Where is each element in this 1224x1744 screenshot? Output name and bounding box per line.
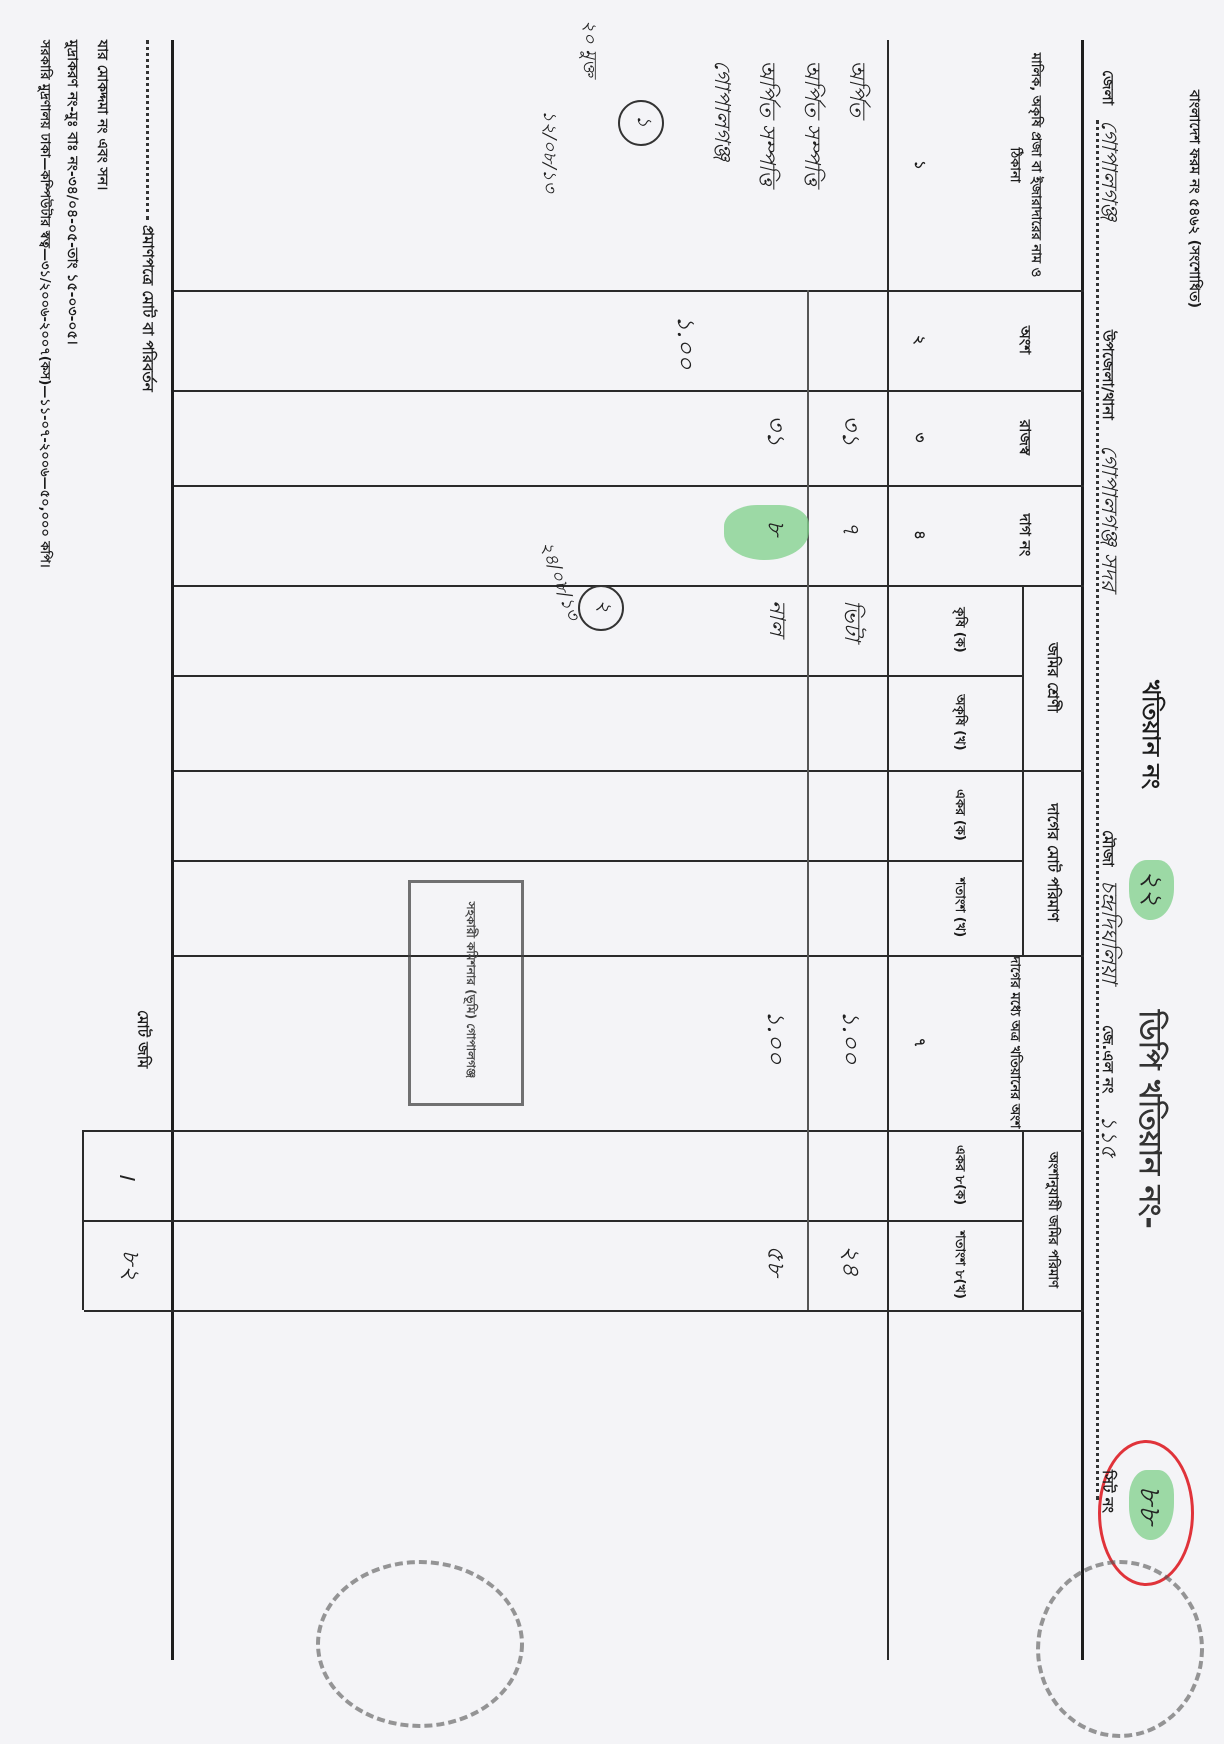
row2-area-decimal: ৫৮: [754, 1245, 794, 1276]
round-seal: [1036, 1560, 1204, 1738]
col-divider: [174, 290, 1084, 292]
col-sub-acre: একর (ক): [899, 770, 1019, 860]
dp-khatian-title: ডিপি খতিয়ান নং-: [1123, 1010, 1174, 1229]
total-box-bottom: [82, 1130, 84, 1310]
col-sub-decimal-8: শতাংশ ৮(খ): [899, 1220, 1019, 1310]
row1-revenue: ৩১: [829, 415, 869, 446]
owner-line-2: অর্পিত সম্পত্তি: [792, 60, 829, 186]
row1-class: ভিটা: [832, 600, 869, 641]
total-label: মোট জমি: [129, 1010, 154, 1068]
col-header-land-class: জমির শ্রেণী: [1024, 585, 1079, 770]
owner-line-1: অর্পিত: [837, 60, 874, 117]
footer-note-3: সরকারি মুদ্রণালয় ঢাকা—কম্পিউটার স্বত্ব—…: [33, 40, 54, 568]
col-divider: [84, 1220, 1024, 1222]
table-bottom-border: [171, 40, 174, 1660]
col-num-7: ৭: [904, 955, 934, 1130]
owner-line-3: অর্পিত সম্পত্তি: [747, 60, 784, 186]
mouza-label: মৌজা: [1094, 830, 1119, 866]
district-value: গোপালগঞ্জ: [1089, 120, 1126, 221]
row2-revenue: ৩১: [754, 415, 794, 446]
row1-area-decimal: ২৪: [829, 1245, 869, 1276]
col-header-revenue: রাজস্ব: [969, 390, 1079, 485]
col-header-land-amount: অংশানুযায়ী জমির পরিমাণ: [1024, 1130, 1079, 1310]
row-separator: [807, 290, 809, 1310]
row1-share-in-dag: ১.০০: [829, 1010, 869, 1064]
khatian-number: ২২: [1127, 870, 1174, 906]
col-divider: [174, 675, 1024, 677]
total-decimal: ৮২: [94, 1220, 164, 1310]
sheet-label: সিট নং: [1094, 1470, 1119, 1513]
col-divider: [174, 860, 1024, 862]
col-divider: [84, 1310, 1084, 1312]
footer-note-1: যার মোকদ্দমা নং এবং সন।: [90, 40, 114, 190]
upazila-label: উপজেলা/থানা: [1094, 330, 1119, 420]
share-value: ১.০০: [664, 315, 704, 369]
side-date: ১২/০৮/১৩: [533, 110, 564, 192]
footer-dotted-line: [146, 40, 149, 220]
row1-dag: ৭: [829, 520, 869, 536]
col-header-dag: দাগ নং: [969, 485, 1079, 585]
date-annotation: ২৪/০৮/১৩: [530, 537, 587, 625]
col-sub-acre-8: একর ৮(ক): [899, 1130, 1019, 1220]
row2-class: নাল: [757, 600, 794, 636]
jl-label: জে.এল নং: [1094, 1025, 1119, 1093]
col-num-1: ১: [904, 40, 934, 290]
col-header-owner: মালিক, অকৃষি প্রজা বা ইজারাদারের নাম ও ঠ…: [969, 40, 1079, 290]
table-top-border: [1081, 40, 1084, 1660]
owner-line-4: গোপালগঞ্জ: [702, 60, 739, 161]
khatian-title: খতিয়ান নং: [1129, 680, 1169, 789]
col-header-khatian-share: দাগের মধ্যে অত্র খতিয়ানের অংশ: [949, 955, 1079, 1130]
col-divider: [174, 390, 1084, 392]
col-sub-agri: কৃষি (ক): [899, 585, 1019, 675]
dp-khatian-number: ৮৮: [1123, 1485, 1174, 1524]
col-num-3: ৩: [904, 390, 934, 485]
form-reference: বাংলাদেশ ফরম নং ৫৪৬২ (সংশোধিত): [1182, 90, 1206, 308]
total-acre: ।: [94, 1130, 164, 1220]
col-divider: [174, 955, 1084, 957]
stamp-text: সহকারী কমিশনার (ভূমি) গোপালগঞ্জ: [419, 885, 519, 1095]
round-seal: [316, 1560, 524, 1728]
owner-note: ২০ মুক্ত: [573, 20, 604, 77]
header-dotted-line: [1096, 120, 1099, 1500]
khatian-document: বাংলাদেশ ফরম নং ৫৪৬২ (সংশোধিত) খতিয়ান ন…: [0, 0, 1224, 1744]
district-label: জেলা: [1094, 70, 1119, 105]
col-divider: [174, 485, 1084, 487]
col-sub-decimal: শতাংশ (খ): [899, 860, 1019, 955]
header-bottom-border: [887, 40, 889, 1660]
circled-number-2-text: ২: [582, 585, 624, 627]
col-num-4: ৪: [904, 485, 934, 585]
jl-value: ১১৫: [1089, 1115, 1126, 1158]
col-num-2: ২: [904, 290, 934, 390]
change-label: প্রমাণপত্রে মোট বা পরিবর্তন: [134, 225, 159, 392]
col-sub-nonagri: অকৃষি (খ): [899, 675, 1019, 770]
row2-share-in-dag: ১.০০: [754, 1010, 794, 1064]
circled-number-1-text: ১: [622, 100, 664, 142]
col-header-share: অংশ: [969, 290, 1079, 390]
upazila-value: গোপালগঞ্জ সদর: [1089, 445, 1126, 591]
footer-note-2: মুদ্রাকরণ নং-মুঃ বাঃ নং-৩৪/০৪-০৫-তাং ১৫-…: [60, 40, 84, 345]
mouza-value: চন্দ্রদিঘলিয়া: [1089, 880, 1126, 983]
col-header-dag-area: দাগের মোট পরিমাণ: [1024, 770, 1079, 955]
row2-dag: ৮: [754, 520, 794, 536]
